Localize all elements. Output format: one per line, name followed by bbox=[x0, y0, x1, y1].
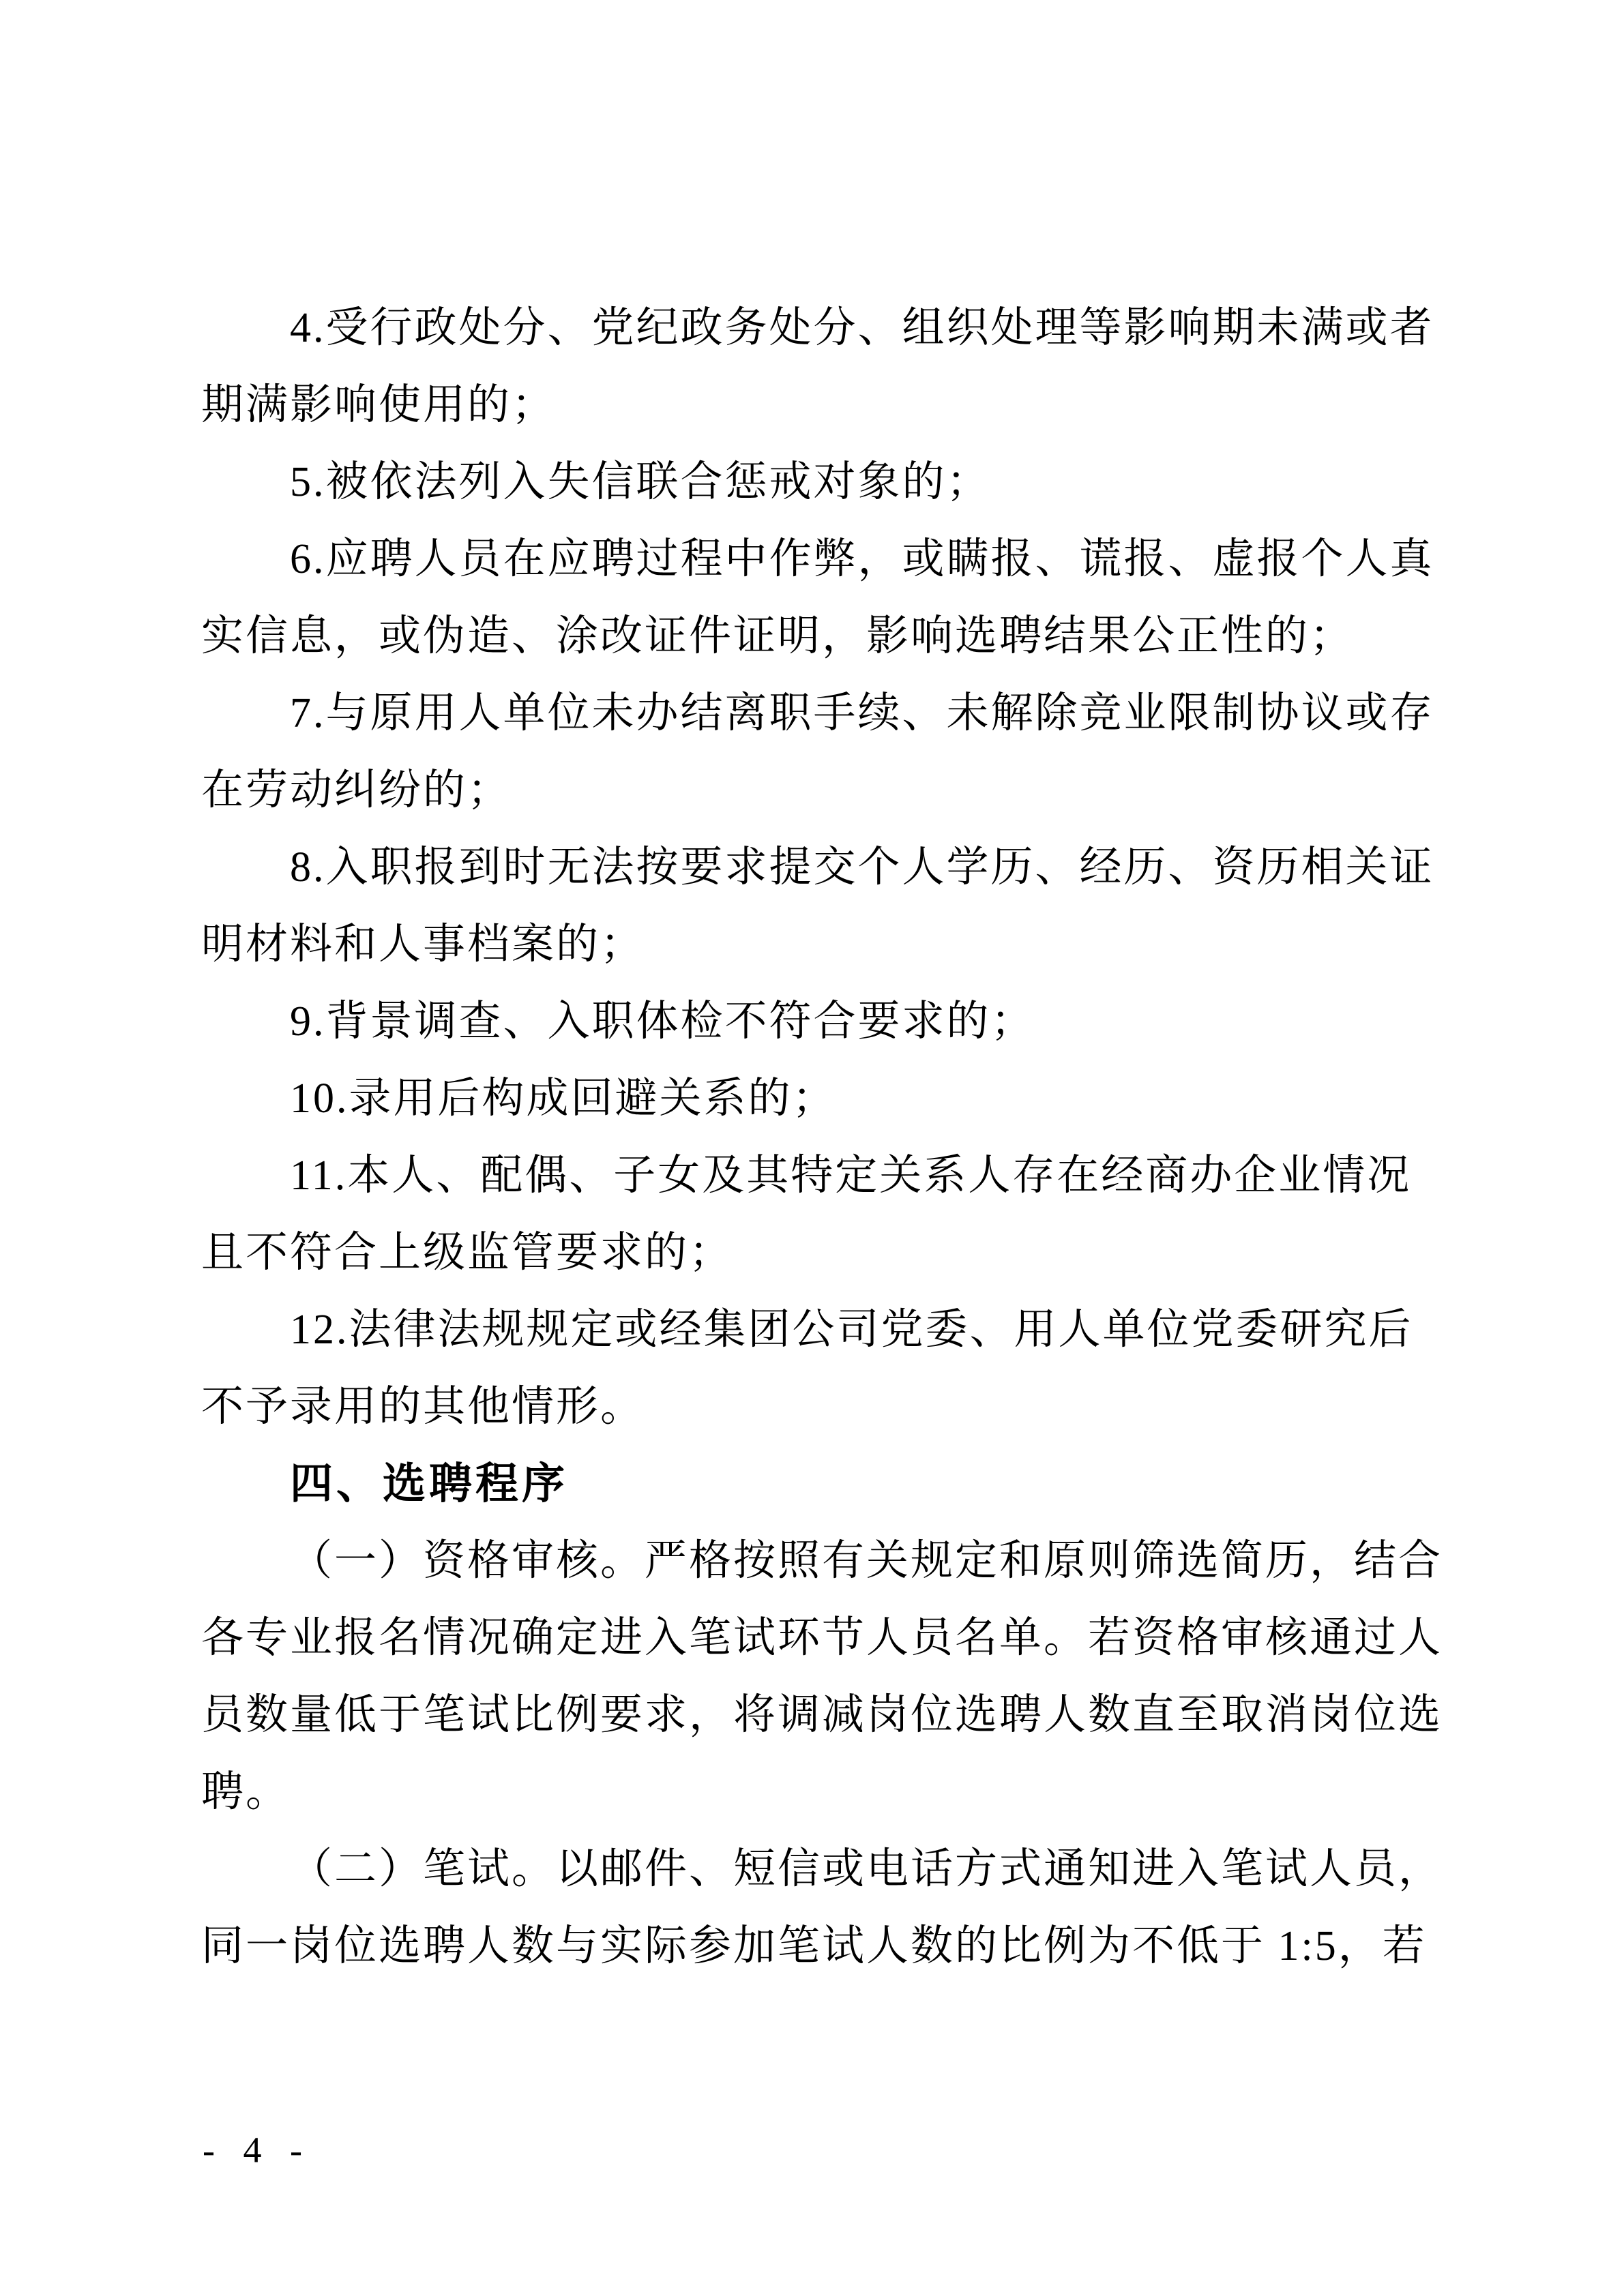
paragraph-1-line-2: 各专业报名情况确定进入笔试环节人员名单。若资格审核通过人 bbox=[201, 1600, 1422, 1677]
paragraph-1-line-3: 员数量低于笔试比例要求，将调减岗位选聘人数直至取消岗位选 bbox=[201, 1677, 1422, 1754]
list-item-4-line-1: 4.受行政处分、党纪政务处分、组织处理等影响期未满或者 bbox=[201, 290, 1422, 367]
list-item-9: 9.背景调查、入职体检不符合要求的； bbox=[201, 983, 1422, 1060]
page-number: - 4 - bbox=[203, 2126, 312, 2174]
list-item-6-line-2: 实信息，或伪造、涂改证件证明，影响选聘结果公正性的； bbox=[201, 598, 1422, 675]
list-item-5: 5.被依法列入失信联合惩戒对象的； bbox=[201, 444, 1422, 521]
list-item-10: 10.录用后构成回避关系的； bbox=[201, 1060, 1422, 1137]
list-item-6-line-1: 6.应聘人员在应聘过程中作弊，或瞒报、谎报、虚报个人真 bbox=[201, 521, 1422, 598]
list-item-8-line-2: 明材料和人事档案的； bbox=[201, 906, 1422, 983]
list-item-11-line-2: 且不符合上级监管要求的； bbox=[201, 1214, 1422, 1292]
list-item-4-line-2: 期满影响使用的； bbox=[201, 367, 1422, 444]
list-item-12-line-2: 不予录用的其他情形。 bbox=[201, 1369, 1422, 1446]
document-body: 4.受行政处分、党纪政务处分、组织处理等影响期未满或者 期满影响使用的； 5.被… bbox=[201, 290, 1422, 1985]
paragraph-1-line-1: （一）资格审核。严格按照有关规定和原则筛选简历，结合 bbox=[201, 1523, 1422, 1600]
list-item-8-line-1: 8.入职报到时无法按要求提交个人学历、经历、资历相关证 bbox=[201, 829, 1422, 906]
list-item-11-line-1: 11.本人、配偶、子女及其特定关系人存在经商办企业情况 bbox=[201, 1137, 1422, 1214]
section-heading: 四、选聘程序 bbox=[201, 1446, 1422, 1523]
document-page: 4.受行政处分、党纪政务处分、组织处理等影响期未满或者 期满影响使用的； 5.被… bbox=[0, 0, 1624, 2296]
paragraph-2-line-1: （二）笔试。以邮件、短信或电话方式通知进入笔试人员， bbox=[201, 1831, 1422, 1908]
list-item-7-line-2: 在劳动纠纷的； bbox=[201, 752, 1422, 829]
paragraph-2-line-2: 同一岗位选聘人数与实际参加笔试人数的比例为不低于 1:5，若 bbox=[201, 1908, 1422, 1985]
list-item-12-line-1: 12.法律法规规定或经集团公司党委、用人单位党委研究后 bbox=[201, 1292, 1422, 1369]
list-item-7-line-1: 7.与原用人单位未办结离职手续、未解除竞业限制协议或存 bbox=[201, 675, 1422, 752]
paragraph-1-line-4: 聘。 bbox=[201, 1754, 1422, 1831]
